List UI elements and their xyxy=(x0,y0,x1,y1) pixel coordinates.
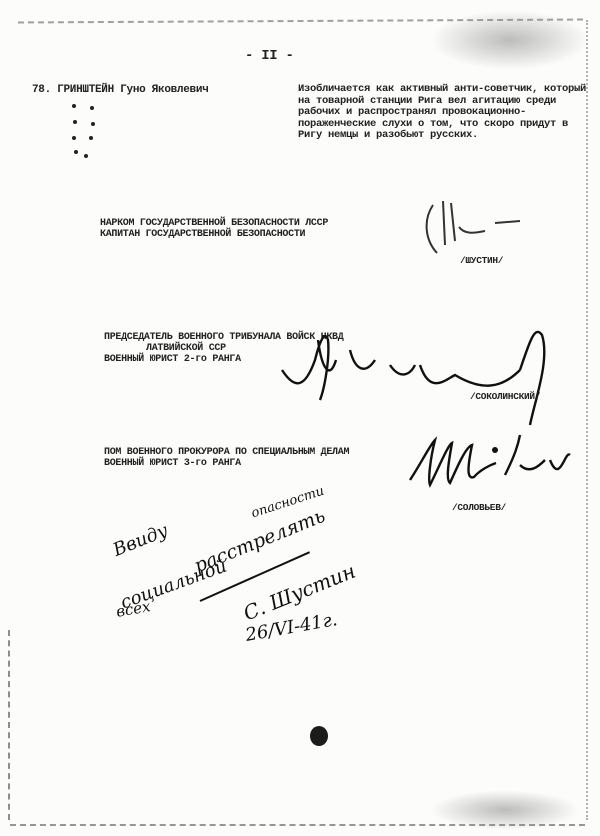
entry-description: Изобличается как активный анти-советчик,… xyxy=(298,84,588,142)
entry-name: 78. ГРИНШТЕЙН Гуно Яковлевич xyxy=(32,84,208,96)
scan-smudge xyxy=(430,10,590,70)
role-line: ПОМ ВОЕННОГО ПРОКУРОРА ПО СПЕЦИАЛЬНЫМ ДЕ… xyxy=(104,447,349,458)
resolution-line: Ввиду xyxy=(110,520,171,561)
signer-name: /СОЛОВЬЕВ/ xyxy=(452,502,506,513)
punch-hole xyxy=(310,726,328,746)
role-line: ВОЕННЫЙ ЮРИСТ 3-го РАНГА xyxy=(104,458,349,469)
role-line: НАРКОМ ГОСУДАРСТВЕННОЙ БЕЗОПАСНОСТИ ЛССР xyxy=(100,218,328,229)
ink-dots xyxy=(70,102,104,160)
signature-block-nkgb: НАРКОМ ГОСУДАРСТВЕННОЙ БЕЗОПАСНОСТИ ЛССР… xyxy=(100,218,328,240)
scan-edge-left xyxy=(8,630,12,820)
page-number: - II - xyxy=(245,48,294,64)
role-line: КАПИТАН ГОСУДАРСТВЕННОЙ БЕЗОПАСНОСТИ xyxy=(100,229,328,240)
document-page: - II - 78. ГРИНШТЕЙН Гуно Яковлевич Изоб… xyxy=(0,0,600,836)
signer-name: /ШУСТИН/ xyxy=(460,255,503,266)
signature-block-prosecutor: ПОМ ВОЕННОГО ПРОКУРОРА ПО СПЕЦИАЛЬНЫМ ДЕ… xyxy=(104,447,349,469)
scan-smudge xyxy=(430,790,580,830)
signature-sokolinsky xyxy=(280,320,570,430)
signer-name: /СОКОЛИНСКИЙ/ xyxy=(470,391,540,402)
